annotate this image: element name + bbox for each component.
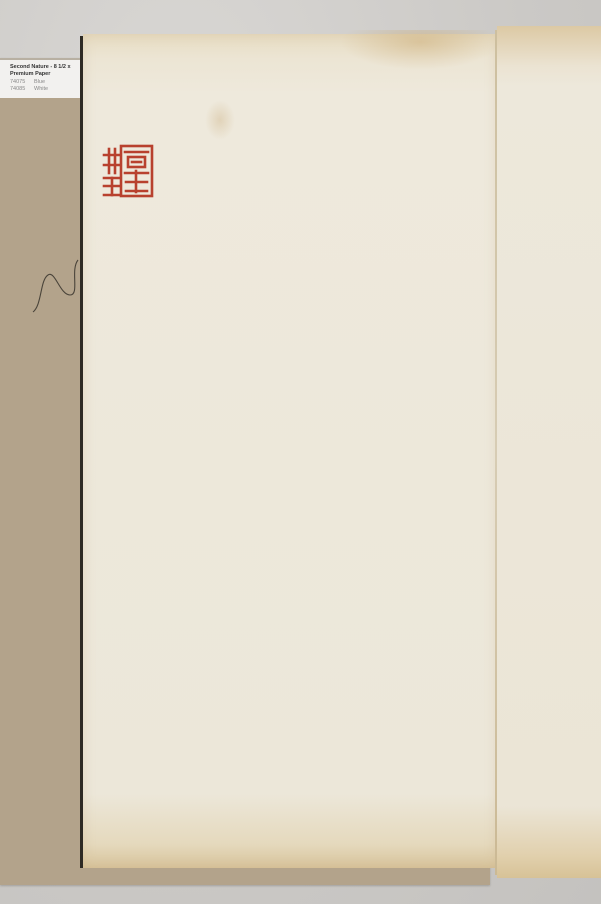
label-row-2-code: 74085 xyxy=(10,86,25,92)
foxing-stain xyxy=(340,30,500,70)
album-page-right xyxy=(497,26,601,878)
product-label: Second Nature - 8 1/2 x Premium Paper 74… xyxy=(0,58,82,98)
label-row-2-color: White xyxy=(34,86,48,92)
label-line-2: Premium Paper xyxy=(10,71,50,77)
string-cord-icon xyxy=(30,250,85,320)
red-square-seal-icon xyxy=(101,143,155,199)
label-line-1: Second Nature - 8 1/2 x xyxy=(10,64,71,70)
foxing-spot xyxy=(205,100,235,140)
label-row-1-color: Blue xyxy=(34,79,45,85)
page-fold xyxy=(495,30,497,875)
label-row-1-code: 74075 xyxy=(10,79,25,85)
